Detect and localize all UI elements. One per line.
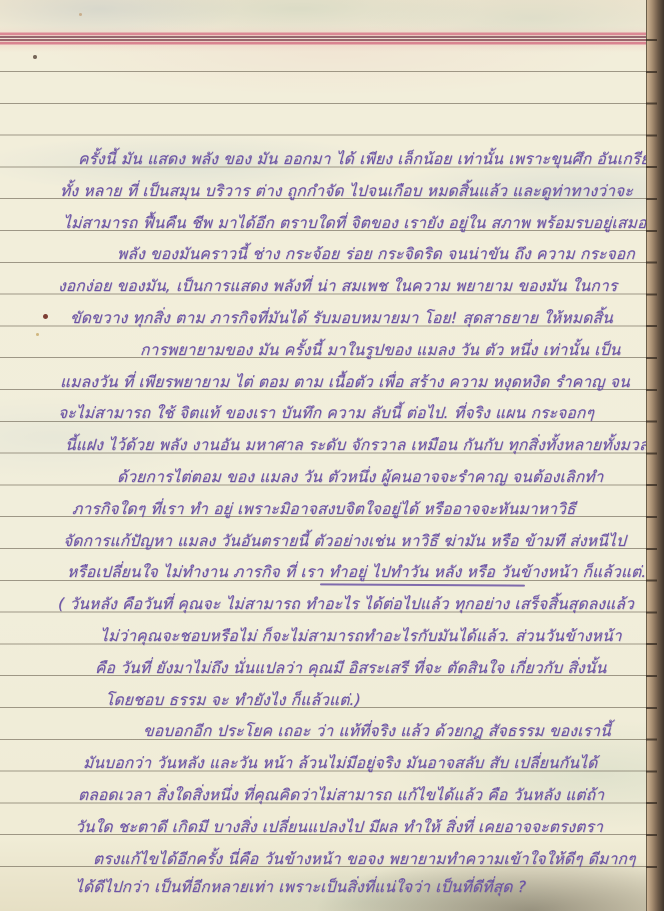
notebook-page: ครั้งนี้ มัน แสดง พลัง ของ มัน ออกมา ได้…: [0, 0, 664, 911]
handwritten-line: พลัง ของมันคราวนี้ ช่าง กระจ้อย ร่อย กระ…: [117, 241, 636, 267]
handwritten-line: แมลงวัน ที่ เพียรพยายาม ไต่ ตอม ตาม เนื้…: [60, 369, 631, 395]
handwritten-line: นี้แฝง ไว้ด้วย พลัง งานอัน มหาศาล ระดับ …: [65, 432, 650, 458]
handwritten-line: ภารกิจใดๆ ที่เรา ทำ อยู่ เพราะมิอาจสงบจิ…: [72, 496, 577, 522]
handwritten-line: โดยชอบ ธรรม จะ ทำยังไง ก็แล้วแต่.): [105, 687, 362, 713]
page-edge-ticks: [646, 39, 657, 871]
handwritten-line: มันบอกว่า วันหลัง และวัน หน้า ล้วนไม่มีอ…: [83, 750, 598, 776]
ink-speck: [36, 333, 39, 336]
handwritten-line: ไม่ว่าคุณจะชอบหรือไม่ ก็จะไม่สามารถทำอะไ…: [100, 623, 623, 649]
ink-speck: [33, 55, 37, 59]
handwritten-line: ทั้ง หลาย ที่ เป็นสมุน บริวาร ต่าง ถูกกำ…: [60, 178, 634, 204]
header-margin-lines: [0, 31, 664, 46]
handwritten-line: คือ วันที่ ยังมาไม่ถึง นั่นแปลว่า คุณมี …: [95, 655, 607, 681]
handwritten-line: ตรงแก้ไขได้อีกครั้ง นี่คือ วันข้างหน้า ข…: [93, 846, 636, 872]
handwritten-line: ตลอดเวลา สิ่งใดสิ่งหนึ่ง ที่คุณคิดว่าไม่…: [78, 782, 605, 808]
handwritten-line: จัดการแก้ปัญหา แมลง วันอันตรายนี้ ตัวอย่…: [63, 528, 627, 554]
page-edge-strip: [646, 0, 664, 911]
handwritten-line: ( วันหลัง คือวันที่ คุณจะ ไม่สามารถ ทำอะ…: [58, 591, 635, 617]
handwritten-line: งอกง่อย ของมัน, เป็นการแสดง พลังที่ น่า …: [58, 273, 618, 299]
handwritten-line: ด้วยการไต่ตอม ของ แมลง วัน ตัวหนึ่ง ผู้ค…: [117, 464, 604, 490]
handwritten-line: จะไม่สามารถ ใช้ จิตแท้ ของเรา บันทึก ควา…: [58, 400, 595, 426]
handwritten-line: ขัดขวาง ทุกสิ่ง ตาม ภารกิจที่มันได้ รับม…: [70, 305, 614, 331]
handwritten-line: ได้ดีไปกว่า เป็นที่อีกหลายเท่า เพราะเป็น…: [75, 874, 527, 900]
handwritten-line: วันใด ชะตาดี เกิดมี บางสิ่ง เปลี่ยนแปลงไ…: [75, 814, 604, 840]
ink-speck: [43, 314, 48, 319]
handwritten-line: ขอบอกอีก ประโยค เถอะ ว่า แท้ที่จริง แล้ว…: [143, 718, 612, 744]
handwritten-line: หรือเปลี่ยนใจ ไม่ทำงาน ภารกิจ ที่ เรา ทำ…: [67, 559, 647, 585]
handwritten-line: การพยายามของ มัน ครั้งนี้ มาในรูปของ แมล…: [140, 337, 621, 363]
handwritten-line: ครั้งนี้ มัน แสดง พลัง ของ มัน ออกมา ได้…: [78, 146, 664, 172]
handwritten-line: ไม่สามารถ ฟื้นคืน ชีพ มาได้อีก ตราบใดที่…: [63, 210, 653, 236]
ink-speck: [79, 13, 82, 16]
